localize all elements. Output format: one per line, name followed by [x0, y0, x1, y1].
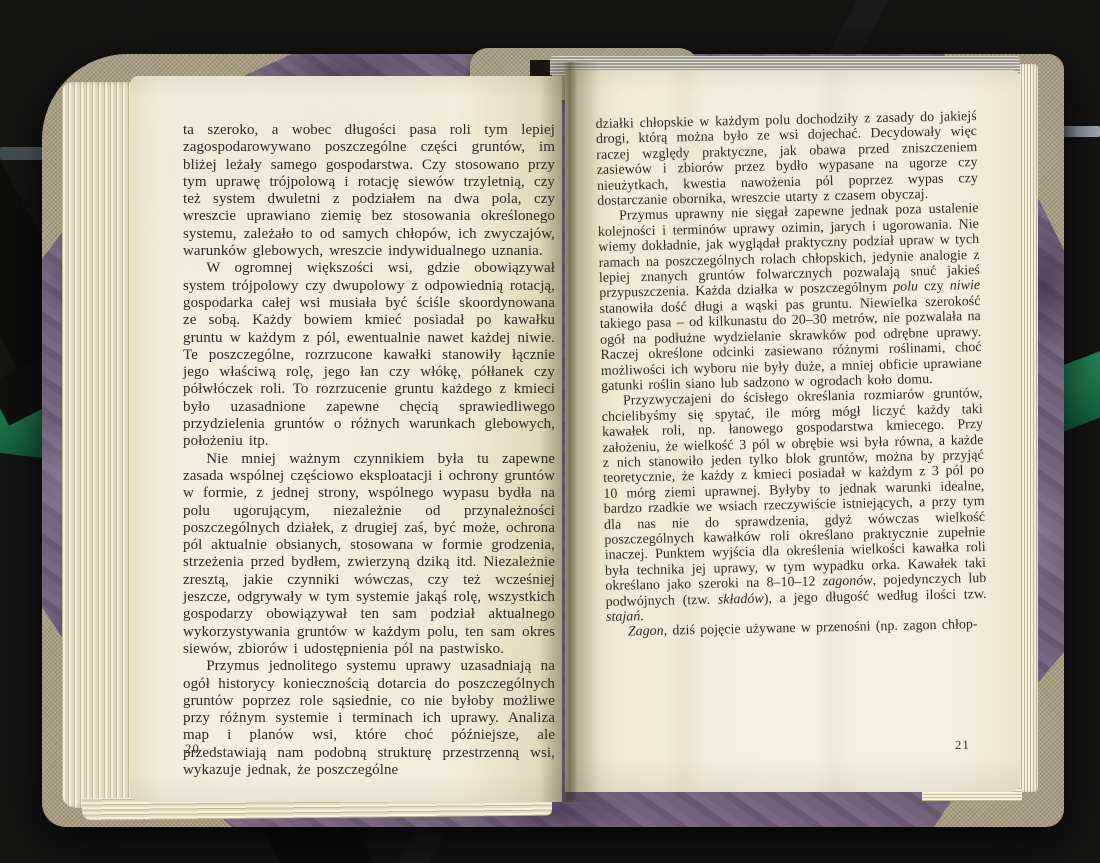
- page-number-right: 21: [955, 738, 970, 753]
- right-page-text: działki chłopskie w każdym polu dochodzi…: [596, 109, 988, 641]
- paragraph: W ogromnej większości wsi, gdzie obowiąz…: [183, 260, 555, 450]
- open-book: ta szeroko, a wobec długości pasa roli t…: [42, 54, 1064, 827]
- page-number-left: 20: [185, 742, 200, 757]
- book-photograph: ta szeroko, a wobec długości pasa roli t…: [0, 0, 1100, 863]
- strap-mark-right: [1059, 126, 1100, 137]
- paragraph: Przyzwyczajeni do ścisłego określania ro…: [601, 386, 987, 625]
- paragraph: Przymus uprawny nie sięgał zapewne jedna…: [597, 201, 982, 394]
- left-page-text: ta szeroko, a wobec długości pasa roli t…: [183, 122, 555, 779]
- paragraph: działki chłopskie w każdym polu dochodzi…: [596, 109, 979, 209]
- paragraph: Nie mniej ważnym czynnikiem była tu zape…: [183, 451, 555, 659]
- page-edges-right: [1018, 64, 1038, 792]
- page-edges-left: [62, 82, 136, 808]
- paragraph: Przymus jednolitego systemu uprawy uzasa…: [183, 658, 555, 779]
- paragraph: ta szeroko, a wobec długości pasa roli t…: [183, 122, 555, 260]
